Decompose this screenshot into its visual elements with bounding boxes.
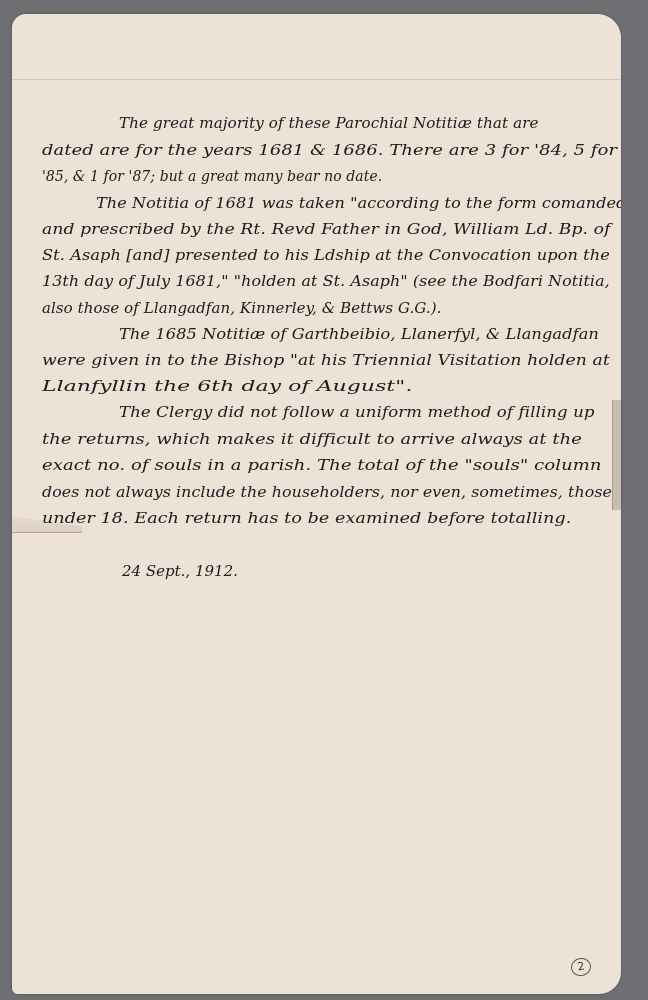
text-line-9: The 1685 Notitiæ of Garthbeibio, Llanerf… <box>119 325 599 343</box>
manuscript-page: The great majority of these Parochial No… <box>12 14 621 994</box>
text-line-3: '85, & 1 for '87; but a great many bear … <box>42 167 382 185</box>
text-line-13: the returns, which makes it difficult to… <box>42 430 582 448</box>
ruled-line <box>12 79 621 80</box>
text-line-11: Llanfyllin the 6th day of August". <box>42 377 413 395</box>
text-line-6: St. Asaph [and] presented to his Ldship … <box>42 246 610 264</box>
document-date: 24 Sept., 1912. <box>122 562 238 580</box>
text-line-2: dated are for the years 1681 & 1686. The… <box>42 141 617 159</box>
text-line-10: were given in to the Bishop "at his Trie… <box>42 351 610 369</box>
text-line-14: exact no. of souls in a parish. The tota… <box>42 456 602 474</box>
text-line-7: 13th day of July 1681," "holden at St. A… <box>42 272 610 290</box>
text-line-5: and prescribed by the Rt. Revd Father in… <box>42 220 611 238</box>
text-line-1: The great majority of these Parochial No… <box>119 114 539 132</box>
text-line-4: The Notitia of 1681 was taken "according… <box>96 194 621 212</box>
text-line-12: The Clergy did not follow a uniform meth… <box>119 403 595 421</box>
page-edge-tab <box>612 400 621 510</box>
text-line-8: also those of Llangadfan, Kinnerley, & B… <box>42 299 442 317</box>
text-line-15: does not always include the householders… <box>42 483 612 501</box>
page-number: 2 <box>570 956 593 977</box>
text-line-16: under 18. Each return has to be examined… <box>42 509 571 527</box>
